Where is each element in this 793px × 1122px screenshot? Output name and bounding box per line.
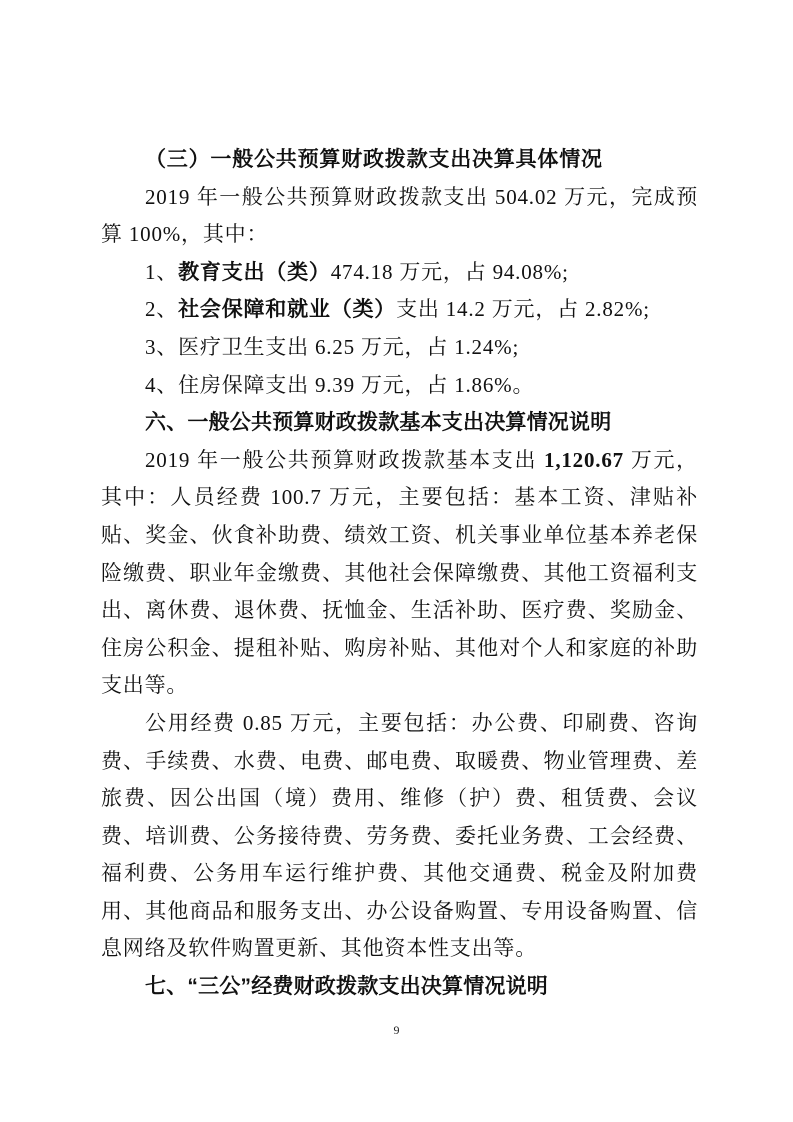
basic-expenditure-text-after: 万元，其中：人员经费 100.7 万元，主要包括：基本工资、津贴补贴、奖金、伙食… (101, 448, 698, 698)
document-content: （三）一般公共预算财政拨款支出决算具体情况 2019 年一般公共预算财政拨款支出… (101, 141, 698, 1006)
list-item-education: 1、教育支出（类）474.18 万元，占 94.08%; (101, 254, 698, 292)
list-item-category: 社会保障和就业（类） (178, 297, 396, 321)
paragraph-public-funds: 公用经费 0.85 万元，主要包括：办公费、印刷费、咨询费、手续费、水费、电费、… (101, 705, 698, 968)
list-item-number: 3、 (145, 335, 178, 359)
list-item-housing-security: 4、住房保障支出 9.39 万元，占 1.86%。 (101, 367, 698, 405)
list-item-social-security: 2、社会保障和就业（类）支出 14.2 万元，占 2.82%; (101, 291, 698, 329)
list-item-medical-health: 3、医疗卫生支出 6.25 万元，占 1.24%; (101, 329, 698, 367)
section-heading-vi: 六、一般公共预算财政拨款基本支出决算情况说明 (101, 404, 698, 442)
list-item-value: 474.18 万元，占 94.08%; (331, 260, 569, 284)
page-number: 9 (0, 1022, 793, 1038)
list-item-number: 1、 (145, 260, 178, 284)
basic-expenditure-amount: 1,120.67 (544, 448, 624, 472)
paragraph-basic-expenditure: 2019 年一般公共预算财政拨款基本支出 1,120.67 万元，其中：人员经费… (101, 442, 698, 705)
basic-expenditure-text-before: 2019 年一般公共预算财政拨款基本支出 (145, 448, 544, 472)
paragraph-total-expenditure: 2019 年一般公共预算财政拨款支出 504.02 万元，完成预算 100%，其… (101, 179, 698, 254)
section-heading-vii: 七、“三公”经费财政拨款支出决算情况说明 (101, 968, 698, 1006)
list-item-category: 教育支出（类） (178, 260, 331, 284)
list-item-value: 医疗卫生支出 6.25 万元，占 1.24%; (178, 335, 519, 359)
document-page: （三）一般公共预算财政拨款支出决算具体情况 2019 年一般公共预算财政拨款支出… (0, 0, 793, 1122)
list-item-number: 2、 (145, 297, 178, 321)
section-heading-iii: （三）一般公共预算财政拨款支出决算具体情况 (101, 141, 698, 179)
list-item-number: 4、 (145, 373, 178, 397)
list-item-value: 住房保障支出 9.39 万元，占 1.86%。 (178, 373, 534, 397)
list-item-value: 支出 14.2 万元，占 2.82%; (396, 297, 650, 321)
